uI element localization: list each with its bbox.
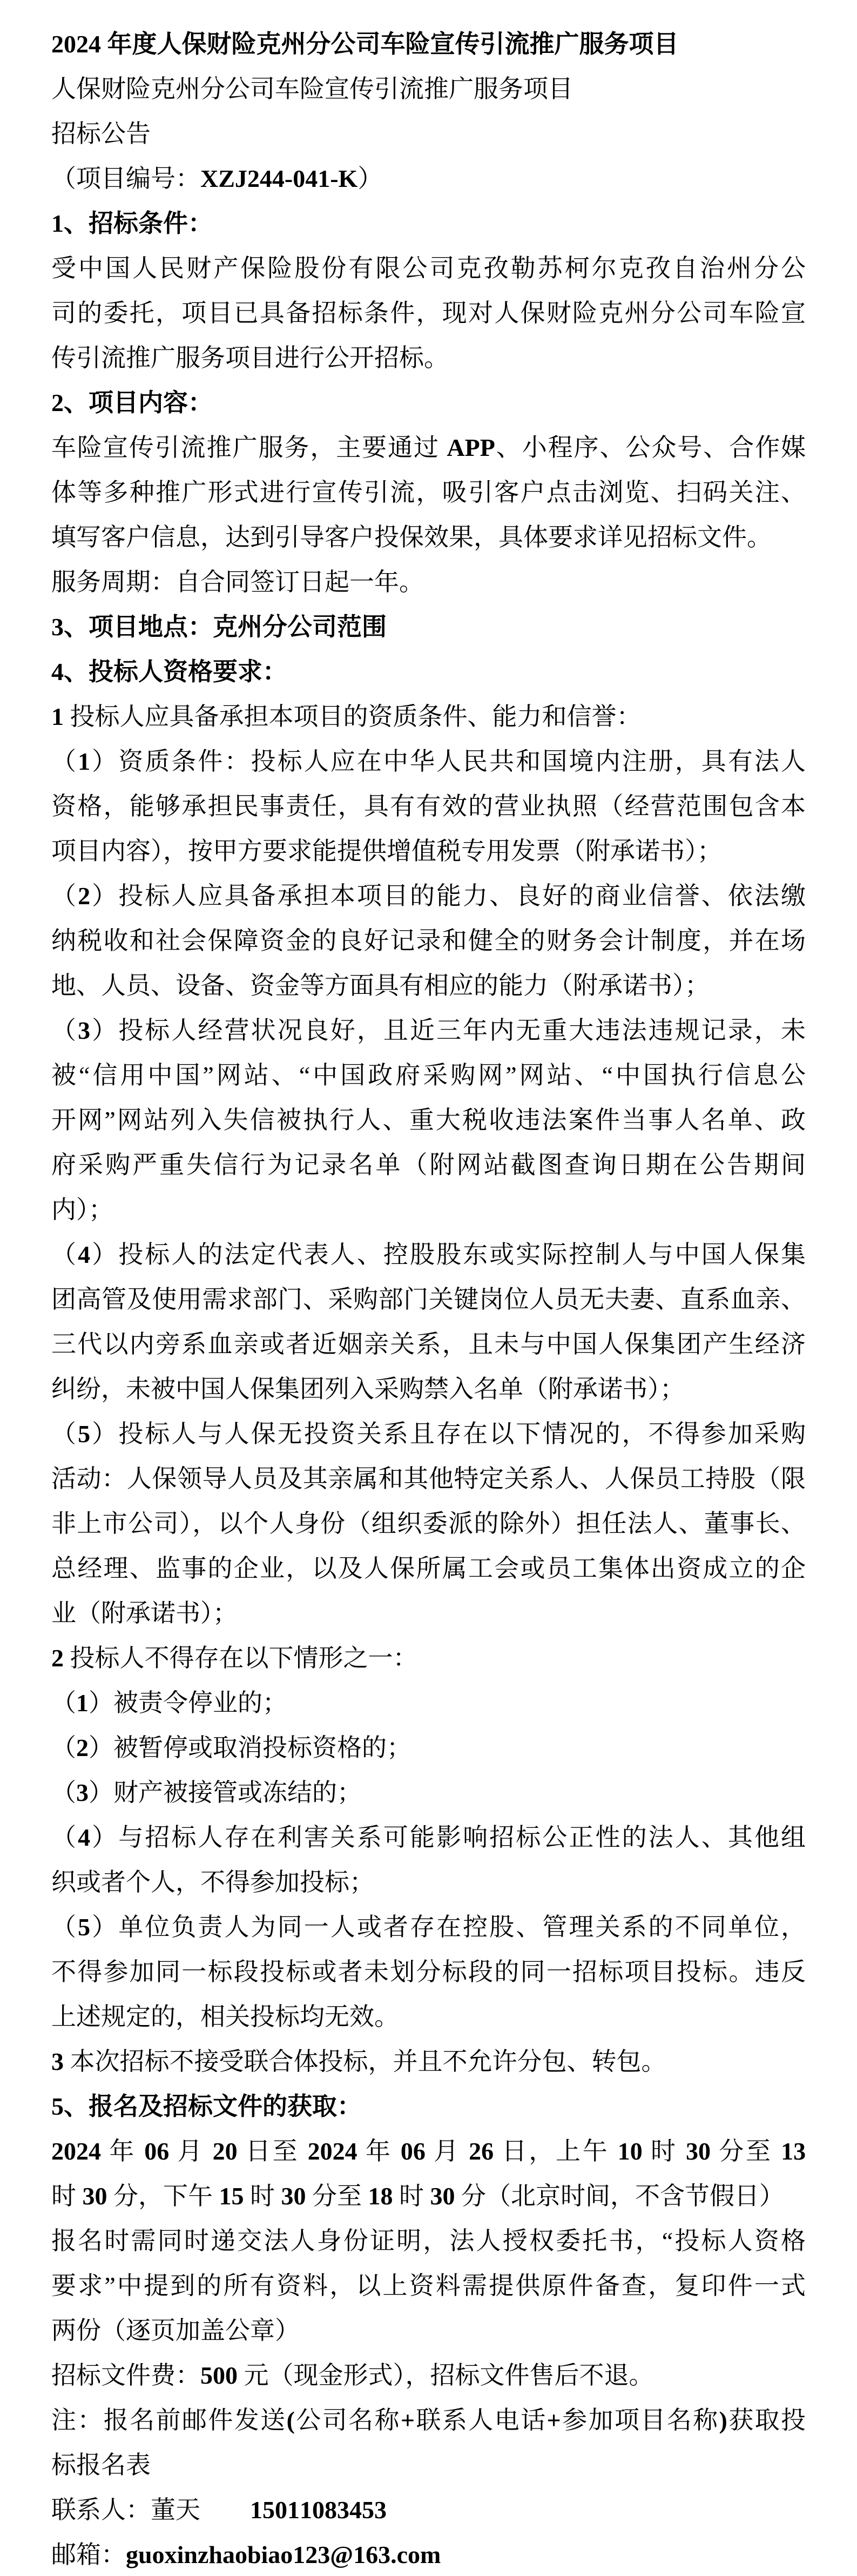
restriction-item-4-line-1: （4）与招标人存在利害关系可能影响招标公正性的法人、其他组 bbox=[51, 1815, 806, 1860]
email-line-1: 邮箱：guoxinzhaobiao123@163.com bbox=[51, 2532, 806, 2576]
section5-heading: 5、报名及招标文件的获取： bbox=[51, 2084, 806, 2129]
qualification-item-3-line-5: 内）； bbox=[51, 1187, 806, 1232]
qualification-item-5-line-4: 总经理、监事的企业，以及人保所属工会或员工集体出资成立的企 bbox=[51, 1546, 806, 1591]
document-fee-line-1: 招标文件费：500 元（现金形式），招标文件售后不退。 bbox=[51, 2353, 806, 2398]
qualification-item-4-line-2: 团高管及使用需求部门、采购部门关键岗位人员无夫妻、直系血亲、 bbox=[51, 1277, 806, 1322]
section5-heading-line-1: 5、报名及招标文件的获取： bbox=[51, 2084, 806, 2129]
title-line-2-line-1: 人保财险克州分公司车险宣传引流推广服务项目 bbox=[51, 66, 806, 111]
section3-heading: 3、项目地点：克州分公司范围 bbox=[51, 604, 806, 649]
project-number-line-1: （项目编号：XZJ244-041-K） bbox=[51, 156, 806, 201]
qualification-item-5-line-5: 业（附承诺书）； bbox=[51, 1591, 806, 1636]
registration-materials: 报名时需同时递交法人身份证明，法人授权委托书，“投标人资格要求”中提到的所有资料… bbox=[51, 2218, 806, 2353]
restriction-item-5-line-1: （5）单位负责人为同一人或者存在控股、管理关系的不同单位， bbox=[51, 1905, 806, 1949]
title-line-1-line-1: 2024 年度人保财险克州分公司车险宣传引流推广服务项目 bbox=[51, 22, 806, 66]
title-line-2: 人保财险克州分公司车险宣传引流推广服务项目 bbox=[51, 66, 806, 111]
tender-announcement-document: 2024 年度人保财险克州分公司车险宣传引流推广服务项目人保财险克州分公司车险宣… bbox=[51, 22, 806, 2576]
service-period: 服务周期：自合同签订日起一年。 bbox=[51, 560, 806, 604]
section2-body-line-2: 体等多种推广形式进行宣传引流，吸引客户点击浏览、扫码关注、 bbox=[51, 470, 806, 515]
qualification-item-5: （5）投标人与人保无投资关系且存在以下情况的，不得参加采购活动：人保领导人员及其… bbox=[51, 1411, 806, 1636]
restriction-item-2-line-1: （2）被暂停或取消投标资格的； bbox=[51, 1725, 806, 1770]
qualification-item-2-line-3: 地、人员、设备、资金等方面具有相应的能力（附承诺书）； bbox=[51, 963, 806, 1008]
qualification-item-1-line-1: （1）资质条件：投标人应在中华人民共和国境内注册，具有法人 bbox=[51, 739, 806, 784]
qualification-item-1-line-2: 资格，能够承担民事责任，具有有效的营业执照（经营范围包含本 bbox=[51, 784, 806, 829]
section4-heading-line-1: 4、投标人资格要求： bbox=[51, 649, 806, 694]
document-fee: 招标文件费：500 元（现金形式），招标文件售后不退。 bbox=[51, 2353, 806, 2398]
qualification-item-2-line-2: 纳税收和社会保障资金的良好记录和健全的财务会计制度，并在场 bbox=[51, 918, 806, 963]
no-consortium-note-line-1: 3 本次招标不接受联合体投标，并且不允许分包、转包。 bbox=[51, 2039, 806, 2084]
section1-body-line-1: 受中国人民财产保险股份有限公司克孜勒苏柯尔克孜自治州分公 bbox=[51, 246, 806, 291]
qualification-item-3-line-3: 开网”网站列入失信被执行人、重大税收违法案件当事人名单、政 bbox=[51, 1098, 806, 1142]
restriction-item-3-line-1: （3）财产被接管或冻结的； bbox=[51, 1770, 806, 1815]
qualification-item-5-line-2: 活动：人保领导人员及其亲属和其他特定关系人、人保员工持股（限 bbox=[51, 1456, 806, 1501]
restriction-item-4: （4）与招标人存在利害关系可能影响招标公正性的法人、其他组织或者个人，不得参加投… bbox=[51, 1815, 806, 1905]
qualification-item-4-line-1: （4）投标人的法定代表人、控股股东或实际控制人与中国人保集 bbox=[51, 1232, 806, 1277]
qualification-intro: 1 投标人应具备承担本项目的资质条件、能力和信誉： bbox=[51, 694, 806, 739]
no-consortium-note: 3 本次招标不接受联合体投标，并且不允许分包、转包。 bbox=[51, 2039, 806, 2084]
qualification-item-5-line-1: （5）投标人与人保无投资关系且存在以下情况的，不得参加采购 bbox=[51, 1411, 806, 1456]
section3-heading-line-1: 3、项目地点：克州分公司范围 bbox=[51, 604, 806, 649]
registration-time-line-2: 时 30 分，下午 15 时 30 分至 18 时 30 分（北京时间，不含节假… bbox=[51, 2174, 806, 2218]
registration-time-line-1: 2024 年 06 月 20 日至 2024 年 06 月 26 日，上午 10… bbox=[51, 2129, 806, 2174]
section2-heading: 2、项目内容： bbox=[51, 380, 806, 425]
restriction-item-5-line-2: 不得参加同一标段投标或者未划分标段的同一招标项目投标。违反 bbox=[51, 1949, 806, 1994]
section1-body-line-2: 司的委托，项目已具备招标条件，现对人保财险克州分公司车险宣 bbox=[51, 291, 806, 335]
restriction-intro: 2 投标人不得存在以下情形之一： bbox=[51, 1636, 806, 1680]
registration-materials-line-3: 两份（逐页加盖公章） bbox=[51, 2308, 806, 2353]
project-number: （项目编号：XZJ244-041-K） bbox=[51, 156, 806, 201]
restriction-item-2: （2）被暂停或取消投标资格的； bbox=[51, 1725, 806, 1770]
section2-body-line-1: 车险宣传引流推广服务，主要通过 APP、小程序、公众号、合作媒 bbox=[51, 425, 806, 470]
qualification-item-3-line-2: 被“信用中国”网站、“中国政府采购网”网站、“中国执行信息公 bbox=[51, 1053, 806, 1098]
registration-time: 2024 年 06 月 20 日至 2024 年 06 月 26 日，上午 10… bbox=[51, 2129, 806, 2218]
note-line-2: 标报名表 bbox=[51, 2443, 806, 2487]
document-page: 2024 年度人保财险克州分公司车险宣传引流推广服务项目人保财险克州分公司车险宣… bbox=[0, 0, 857, 2576]
section2-body-line-3: 填写客户信息，达到引导客户投保效果，具体要求详见招标文件。 bbox=[51, 515, 806, 560]
email: 邮箱：guoxinzhaobiao123@163.com bbox=[51, 2532, 806, 2576]
title-line-1: 2024 年度人保财险克州分公司车险宣传引流推广服务项目 bbox=[51, 22, 806, 66]
restriction-item-5: （5）单位负责人为同一人或者存在控股、管理关系的不同单位，不得参加同一标段投标或… bbox=[51, 1905, 806, 2039]
section2-heading-line-1: 2、项目内容： bbox=[51, 380, 806, 425]
note-line-1: 注：报名前邮件发送(公司名称+联系人电话+参加项目名称)获取投 bbox=[51, 2398, 806, 2443]
section2-body: 车险宣传引流推广服务，主要通过 APP、小程序、公众号、合作媒体等多种推广形式进… bbox=[51, 425, 806, 560]
qualification-item-3: （3）投标人经营状况良好，且近三年内无重大违法违规记录，未被“信用中国”网站、“… bbox=[51, 1008, 806, 1232]
qualification-item-1-line-3: 项目内容），按甲方要求能提供增值税专用发票（附承诺书）； bbox=[51, 829, 806, 873]
contact-line-1: 联系人：董天 15011083453 bbox=[51, 2487, 806, 2532]
announcement-type: 招标公告 bbox=[51, 111, 806, 156]
announcement-type-line-1: 招标公告 bbox=[51, 111, 806, 156]
restriction-item-1-line-1: （1）被责令停业的； bbox=[51, 1680, 806, 1725]
section1-heading-line-1: 1、招标条件： bbox=[51, 201, 806, 246]
qualification-intro-line-1: 1 投标人应具备承担本项目的资质条件、能力和信誉： bbox=[51, 694, 806, 739]
qualification-item-4-line-4: 纠纷，未被中国人保集团列入采购禁入名单（附承诺书）； bbox=[51, 1367, 806, 1411]
section1-body: 受中国人民财产保险股份有限公司克孜勒苏柯尔克孜自治州分公司的委托，项目已具备招标… bbox=[51, 246, 806, 380]
service-period-line-1: 服务周期：自合同签订日起一年。 bbox=[51, 560, 806, 604]
qualification-item-4: （4）投标人的法定代表人、控股股东或实际控制人与中国人保集团高管及使用需求部门、… bbox=[51, 1232, 806, 1411]
restriction-item-1: （1）被责令停业的； bbox=[51, 1680, 806, 1725]
qualification-item-2-line-1: （2）投标人应具备承担本项目的能力、良好的商业信誉、依法缴 bbox=[51, 873, 806, 918]
restriction-item-3: （3）财产被接管或冻结的； bbox=[51, 1770, 806, 1815]
note: 注：报名前邮件发送(公司名称+联系人电话+参加项目名称)获取投标报名表 bbox=[51, 2398, 806, 2487]
section1-heading: 1、招标条件： bbox=[51, 201, 806, 246]
qualification-item-1: （1）资质条件：投标人应在中华人民共和国境内注册，具有法人资格，能够承担民事责任… bbox=[51, 739, 806, 873]
qualification-item-3-line-4: 府采购严重失信行为记录名单（附网站截图查询日期在公告期间 bbox=[51, 1142, 806, 1187]
section4-heading: 4、投标人资格要求： bbox=[51, 649, 806, 694]
qualification-item-2: （2）投标人应具备承担本项目的能力、良好的商业信誉、依法缴纳税收和社会保障资金的… bbox=[51, 873, 806, 1008]
restriction-item-4-line-2: 织或者个人，不得参加投标； bbox=[51, 1860, 806, 1905]
registration-materials-line-2: 要求”中提到的所有资料，以上资料需提供原件备查，复印件一式 bbox=[51, 2263, 806, 2308]
registration-materials-line-1: 报名时需同时递交法人身份证明，法人授权委托书，“投标人资格 bbox=[51, 2218, 806, 2263]
restriction-intro-line-1: 2 投标人不得存在以下情形之一： bbox=[51, 1636, 806, 1680]
qualification-item-4-line-3: 三代以内旁系血亲或者近姻亲关系，且未与中国人保集团产生经济 bbox=[51, 1322, 806, 1367]
section1-body-line-3: 传引流推广服务项目进行公开招标。 bbox=[51, 335, 806, 380]
restriction-item-5-line-3: 上述规定的，相关投标均无效。 bbox=[51, 1994, 806, 2039]
qualification-item-5-line-3: 非上市公司），以个人身份（组织委派的除外）担任法人、董事长、 bbox=[51, 1501, 806, 1546]
qualification-item-3-line-1: （3）投标人经营状况良好，且近三年内无重大违法违规记录，未 bbox=[51, 1008, 806, 1053]
contact: 联系人：董天 15011083453 bbox=[51, 2487, 806, 2532]
